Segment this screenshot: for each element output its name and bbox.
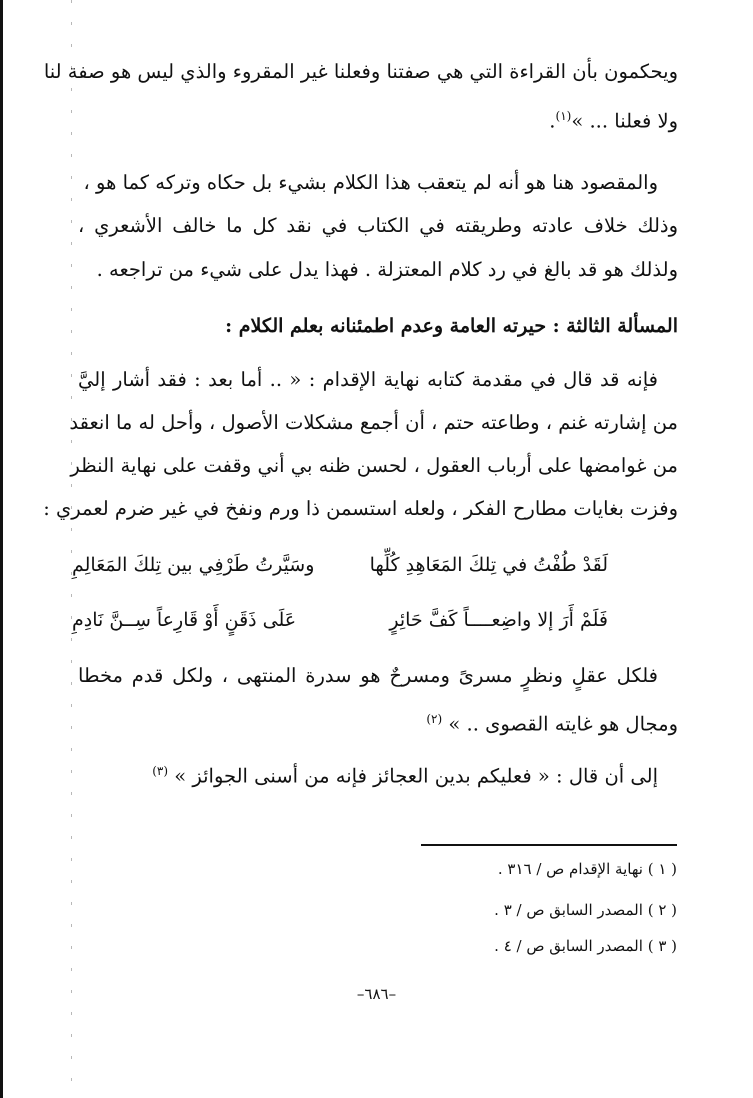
verse-2-hemistich-1: فَلَمْ أَرَ إلا واضِعــــاً كَفَّ حَائِر…: [389, 606, 608, 634]
footnote-3: ( ٣ ) المصدر السابق ص / ٤ .: [494, 935, 677, 957]
body-line: من إشارته غنم ، وطاعته حتم ، أن أجمع مشك…: [78, 409, 678, 437]
footnote-2: ( ٢ ) المصدر السابق ص / ٣ .: [494, 899, 677, 921]
footnote-ref-2: (٢): [426, 712, 442, 726]
body-line: وفزت بغايات مطارح الفكر ، ولعله استسمن ذ…: [43, 495, 678, 523]
body-line: إلى أن قال : « فعليكم بدين العجائز فإنه …: [152, 757, 658, 791]
footnote-separator: [421, 844, 677, 846]
footnote-ref-1: (١): [556, 109, 572, 123]
body-line: فلكل عقلٍ ونظرٍ مسرىً ومسرحٌ هو سدرة الم…: [78, 662, 658, 690]
verse-1-hemistich-1: لَقَدْ طُفْتُ في تِلكَ المَعَاهِدِ كُلِّ…: [370, 551, 608, 579]
section-heading: المسألة الثالثة : حيرته العامة وعدم اطمئ…: [225, 312, 678, 340]
body-line: من غوامضها على أرباب العقول ، لحسن ظنه ب…: [78, 452, 678, 480]
body-line: ويحكمون بأن القراءة التي هي صفتنا وفعلنا…: [78, 58, 678, 86]
body-line: ولا فعلنا ... »(١).: [549, 102, 678, 136]
scan-dotted-guide: [71, 0, 72, 1098]
body-line-text: ولا فعلنا ... »: [571, 110, 678, 133]
verse-1-hemistich-2: وسَيَّرتُ طَرْفِي بين تِلكَ المَعَالِمِ: [72, 551, 314, 579]
verse-2-hemistich-2: عَلَى ذَقَنٍ أَوْ قَارِعاً سِــنَّ نَادِ…: [72, 606, 296, 634]
footnote-1: ( ١ ) نهاية الإقدام ص / ٣١٦ .: [498, 858, 677, 880]
body-line: فإنه قد قال في مقدمة كتابه نهاية الإقدام…: [78, 366, 658, 394]
footnote-ref-3: (٣): [152, 764, 168, 778]
body-line: وذلك خلاف عادته وطريقته في الكتاب في نقد…: [78, 212, 678, 240]
page-number: –٦٨٦–: [0, 985, 753, 1003]
body-line: ومجال هو غايته القصوى .. » (٢): [426, 705, 678, 739]
body-line: ولذلك هو قد بالغ في رد كلام المعتزلة . ف…: [97, 256, 678, 284]
body-line-text: إلى أن قال : « فعليكم بدين العجائز فإنه …: [174, 765, 658, 788]
body-line-text: ومجال هو غايته القصوى .. »: [448, 713, 678, 736]
scan-edge-border: [0, 0, 3, 1098]
body-line: والمقصود هنا هو أنه لم يتعقب هذا الكلام …: [84, 169, 658, 197]
